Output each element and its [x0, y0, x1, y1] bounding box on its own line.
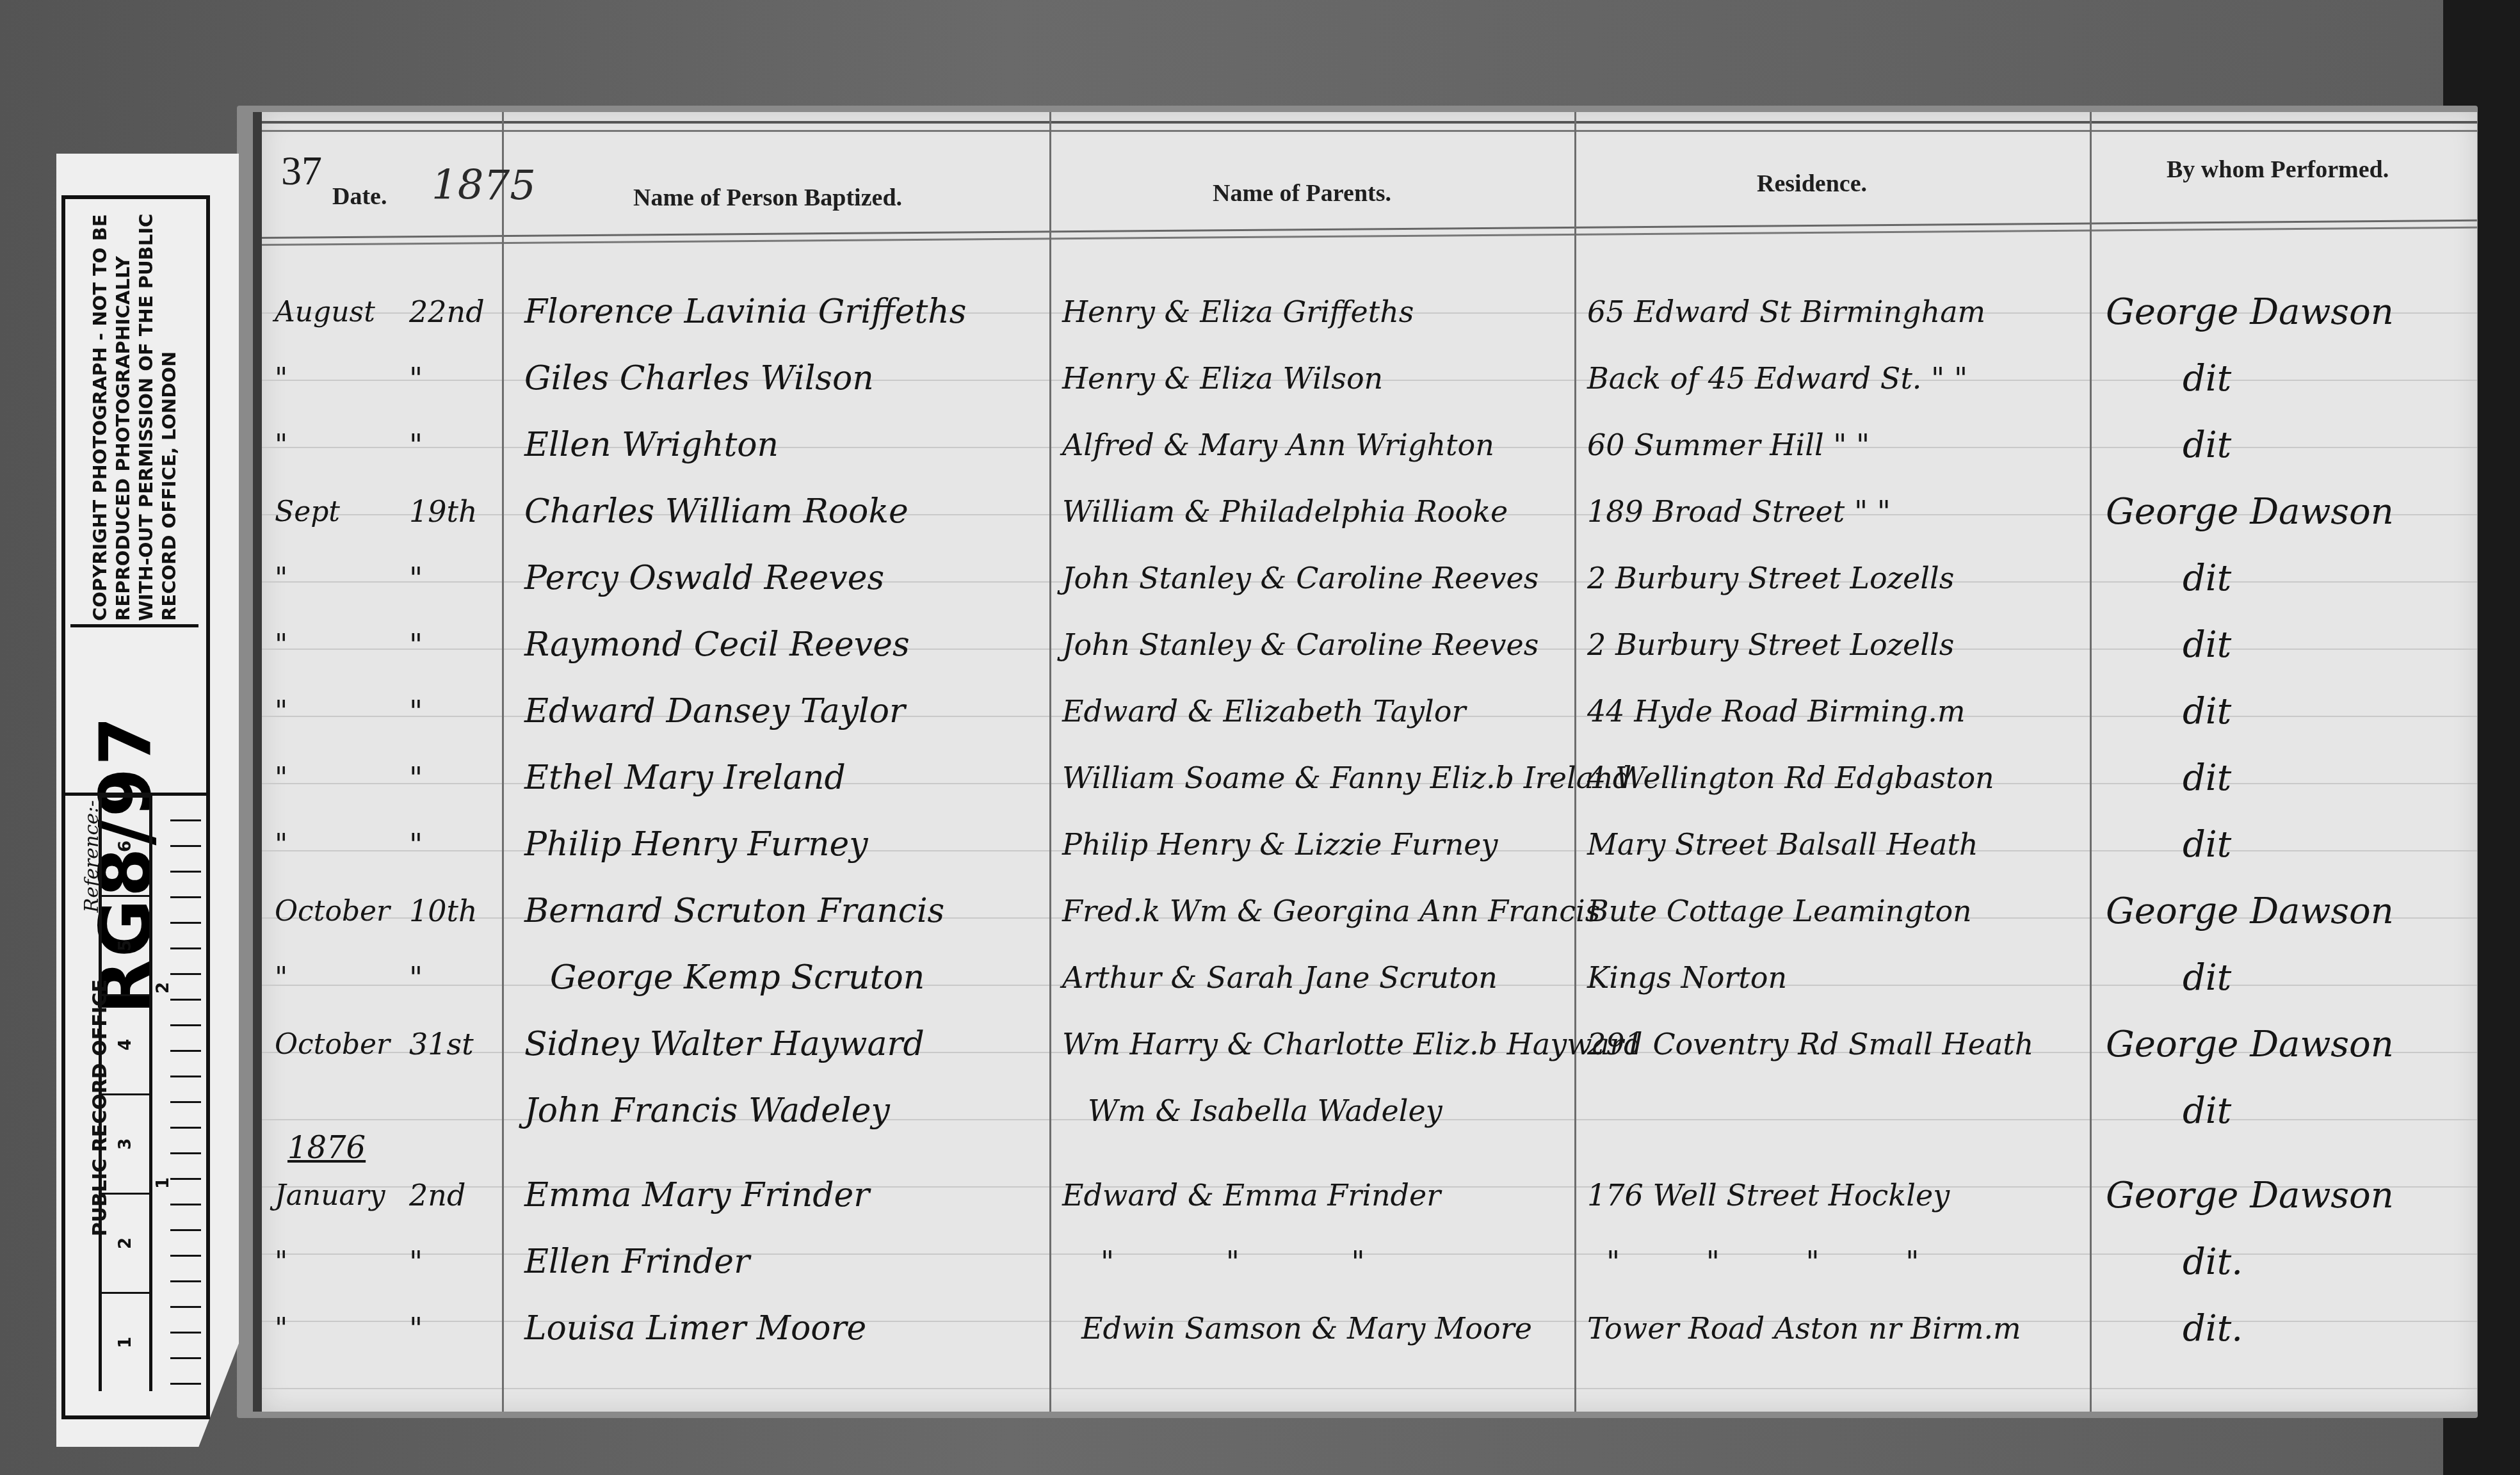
entry-month: " — [275, 1295, 396, 1362]
entry-day: " — [409, 944, 505, 1011]
entry-performed-by: dit. — [2106, 1295, 2520, 1362]
table-row: January 2nd Emma Mary Frinder Edward & E… — [262, 1162, 2477, 1229]
entry-day: 22nd — [409, 278, 505, 345]
entry-month: " — [275, 811, 396, 878]
entry-month: August — [275, 278, 396, 345]
header-rule — [262, 220, 2477, 246]
entry-name: Sidney Walter Hayward — [524, 1011, 1049, 1077]
entry-parents: Wm & Isabella Wadeley — [1062, 1077, 1600, 1144]
entry-day: " — [409, 345, 505, 412]
table-row: August 22nd Florence Lavinia Griffeths H… — [262, 278, 2477, 345]
table-row: October 31st Sidney Walter Hayward Wm Ha… — [262, 1011, 2477, 1077]
entry-name: Ellen Frinder — [524, 1229, 1049, 1295]
entry-residence: Bute Cottage Leamington — [1587, 878, 2093, 944]
scale-cm-mark: 1 — [102, 1292, 149, 1391]
entry-day: " — [409, 545, 505, 611]
entry-performed-by: dit — [2106, 412, 2520, 478]
header-name-baptized: Name of Person Baptized. — [633, 184, 902, 212]
entry-residence: 65 Edward St Birmingham — [1587, 278, 2093, 345]
entry-parents: Arthur & Sarah Jane Scruton — [1062, 944, 1574, 1011]
entry-month: Sept — [275, 478, 396, 545]
copyright-notice-box: COPYRIGHT PHOTOGRAPH - NOT TO BE REPRODU… — [70, 195, 198, 627]
entry-residence: Mary Street Balsall Heath — [1587, 811, 2093, 878]
entry-day: 2nd — [409, 1162, 505, 1229]
entry-performed-by: dit — [2106, 611, 2520, 678]
entry-residence: 60 Summer Hill " " — [1587, 412, 2093, 478]
entry-parents: Alfred & Mary Ann Wrighton — [1062, 412, 1574, 478]
entry-performed-by: dit — [2106, 745, 2520, 811]
header-parents: Name of Parents. — [1213, 179, 1391, 207]
entry-parents: Wm Harry & Charlotte Eliz.b Hayward — [1062, 1011, 1574, 1077]
entry-name: Ethel Mary Ireland — [524, 745, 1049, 811]
entry-month: " — [275, 345, 396, 412]
inch-scale-ticks — [150, 796, 201, 1391]
entry-parents: Philip Henry & Lizzie Furney — [1062, 811, 1574, 878]
entry-residence: " " " " — [1587, 1229, 2112, 1295]
entry-day: " — [409, 611, 505, 678]
entry-month: " — [275, 412, 396, 478]
entry-name: Edward Dansey Taylor — [524, 678, 1049, 745]
entry-name: Charles William Rooke — [524, 478, 1049, 545]
entry-performed-by: dit — [2106, 345, 2520, 412]
scale-cm-mark: 6 — [102, 796, 149, 895]
entry-name: Ellen Wrighton — [524, 412, 1049, 478]
table-row: " " Percy Oswald Reeves John Stanley & C… — [262, 545, 2477, 611]
entry-name: Percy Oswald Reeves — [524, 545, 1049, 611]
copyright-notice: COPYRIGHT PHOTOGRAPH - NOT TO BE REPRODU… — [88, 198, 181, 621]
entry-residence: 291 Coventry Rd Small Heath — [1587, 1011, 2093, 1077]
entry-day: " — [409, 412, 505, 478]
entry-day: 19th — [409, 478, 505, 545]
entry-residence: Kings Norton — [1587, 944, 2093, 1011]
entry-performed-by: dit — [2106, 944, 2520, 1011]
table-row: " " Ellen Wrighton Alfred & Mary Ann Wri… — [262, 412, 2477, 478]
header-year: 1875 — [432, 162, 536, 209]
entry-residence: 2 Burbury Street Lozells — [1587, 545, 2093, 611]
entry-residence: 176 Well Street Hockley — [1587, 1162, 2093, 1229]
entry-parents: Edwin Samson & Mary Moore — [1062, 1295, 1594, 1362]
entry-residence: Tower Road Aston nr Birm.m — [1587, 1295, 2093, 1362]
entry-performed-by: George Dawson — [2106, 1011, 2464, 1077]
entry-parents: John Stanley & Caroline Reeves — [1062, 545, 1574, 611]
public-record-office-area: PUBLIC RECORD OFFICE 1 2 3 4 5 6 1 2 — [61, 793, 206, 1410]
entry-month: October — [275, 1011, 396, 1077]
entry-parents: Henry & Eliza Wilson — [1062, 345, 1574, 412]
entry-performed-by: dit — [2106, 678, 2520, 745]
table-row: Sept 19th Charles William Rooke William … — [262, 478, 2477, 545]
entry-name: Giles Charles Wilson — [524, 345, 1049, 412]
header-performed-by: By whom Performed. — [2167, 156, 2389, 184]
table-row: " " Philip Henry Furney Philip Henry & L… — [262, 811, 2477, 878]
entry-performed-by: George Dawson — [2106, 1162, 2464, 1229]
entry-name: Emma Mary Frinder — [524, 1162, 1049, 1229]
scale-inch-mark: 2 — [154, 982, 173, 994]
entry-residence: 2 Burbury Street Lozells — [1587, 611, 2093, 678]
entry-parents: William Soame & Fanny Eliz.b Ireland — [1062, 745, 1574, 811]
scale-cm-mark: 2 — [102, 1193, 149, 1292]
register-page: 37 Date. 1875 Name of Person Baptized. N… — [253, 112, 2477, 1412]
entry-month: " — [275, 611, 396, 678]
entry-month: " — [275, 944, 396, 1011]
table-row: " " Raymond Cecil Reeves John Stanley & … — [262, 611, 2477, 678]
entry-parents: John Stanley & Caroline Reeves — [1062, 611, 1574, 678]
entry-parents: Fred.k Wm & Georgina Ann Francis — [1062, 878, 1574, 944]
entry-day: " — [409, 1295, 505, 1362]
scale-inch-mark: 1 — [154, 1177, 173, 1189]
centimetre-scale: 1 2 3 4 5 6 — [99, 796, 152, 1391]
entry-parents: William & Philadelphia Rooke — [1062, 478, 1574, 545]
entry-day: " — [409, 1229, 505, 1295]
table-row: John Francis Wadeley Wm & Isabella Wadel… — [262, 1077, 2477, 1144]
entry-residence — [1587, 1077, 2093, 1144]
table-row: " " George Kemp Scruton Arthur & Sarah J… — [262, 944, 2477, 1011]
table-row: " " Giles Charles Wilson Henry & Eliza W… — [262, 345, 2477, 412]
table-row: " " Ethel Mary Ireland William Soame & F… — [262, 745, 2477, 811]
entry-residence: Back of 45 Edward St. " " — [1587, 345, 2093, 412]
header-date: Date. — [332, 182, 387, 211]
entry-performed-by: dit — [2106, 811, 2520, 878]
entry-day: 31st — [409, 1011, 505, 1077]
entry-performed-by: George Dawson — [2106, 878, 2464, 944]
entry-day: " — [409, 678, 505, 745]
entry-name: Bernard Scruton Francis — [524, 878, 1049, 944]
entry-month: " — [275, 545, 396, 611]
table-row: " " Ellen Frinder " " " " " " " dit. — [262, 1229, 2477, 1295]
entry-parents: " " " — [1062, 1229, 1613, 1295]
entry-name: Raymond Cecil Reeves — [524, 611, 1049, 678]
entry-parents: Edward & Elizabeth Taylor — [1062, 678, 1574, 745]
entry-name: George Kemp Scruton — [524, 944, 1075, 1011]
page-number: 37 — [281, 147, 322, 195]
entry-month — [275, 1077, 396, 1144]
entry-day: 10th — [409, 878, 505, 944]
entry-parents: Henry & Eliza Griffeths — [1062, 278, 1574, 345]
entry-performed-by: George Dawson — [2106, 278, 2464, 345]
table-row: October 10th Bernard Scruton Francis Fre… — [262, 878, 2477, 944]
entry-name: Florence Lavinia Griffeths — [524, 278, 1049, 345]
entry-residence: 44 Hyde Road Birming.m — [1587, 678, 2093, 745]
entry-performed-by: dit — [2106, 545, 2520, 611]
entry-month: " — [275, 1229, 396, 1295]
entry-month: October — [275, 878, 396, 944]
entry-performed-by: dit — [2106, 1077, 2520, 1144]
entry-name: Louisa Limer Moore — [524, 1295, 1049, 1362]
entry-month: " — [275, 678, 396, 745]
entry-month: January — [275, 1162, 396, 1229]
scale-cm-mark: 5 — [102, 895, 149, 994]
entry-name: Philip Henry Furney — [524, 811, 1049, 878]
scale-cm-mark: 4 — [102, 994, 149, 1093]
entry-day: " — [409, 811, 505, 878]
scale-cm-mark: 3 — [102, 1093, 149, 1193]
entry-day: " — [409, 745, 505, 811]
entry-residence: 4 Wellington Rd Edgbaston — [1587, 745, 2093, 811]
entry-parents: Edward & Emma Frinder — [1062, 1162, 1574, 1229]
table-row: " " Louisa Limer Moore Edwin Samson & Ma… — [262, 1295, 2477, 1362]
entry-residence: 189 Broad Street " " — [1587, 478, 2093, 545]
header-residence: Residence. — [1757, 170, 1867, 198]
entry-month: " — [275, 745, 396, 811]
entry-performed-by: dit. — [2106, 1229, 2520, 1295]
entry-day — [409, 1077, 505, 1144]
table-row: " " Edward Dansey Taylor Edward & Elizab… — [262, 678, 2477, 745]
entry-performed-by: George Dawson — [2106, 478, 2464, 545]
entry-name: John Francis Wadeley — [524, 1077, 1049, 1144]
